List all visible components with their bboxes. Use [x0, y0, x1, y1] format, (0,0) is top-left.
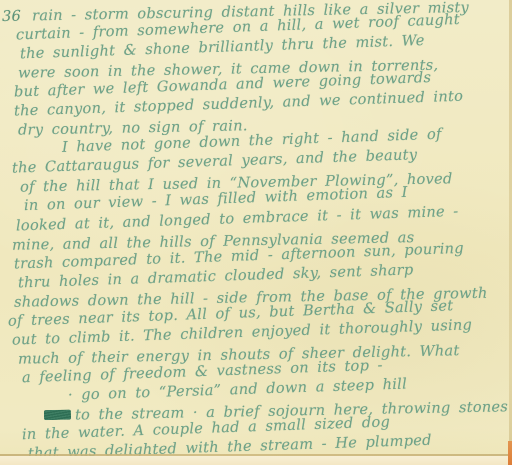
handwriting-lines: 36rain - storm obscuring distant hills l…: [0, 7, 512, 464]
journal-page: 36rain - storm obscuring distant hills l…: [0, 0, 512, 465]
page-corner-edge: [508, 441, 512, 465]
scribbled-out-word: [44, 410, 71, 421]
page-bottom-edge-strip: [0, 456, 512, 465]
page-number: 36: [2, 7, 21, 26]
